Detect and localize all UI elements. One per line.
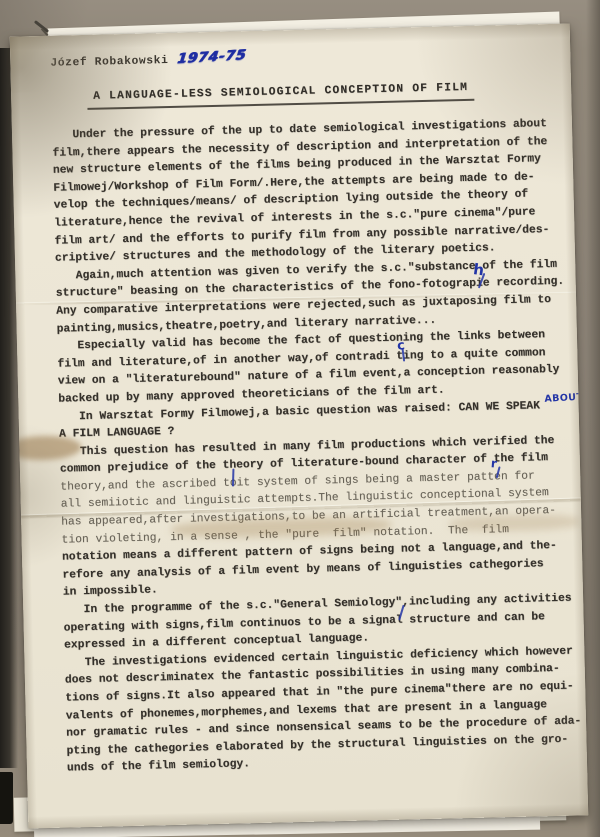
paragraph-light-strike: theory,and the ascribed toit system of s… [60,467,582,550]
handwritten-date: 1974-75 [177,47,248,67]
handwritten-insert-about: ABOUT [544,392,583,405]
paragraph: Again,much attention was given to verify… [55,256,577,339]
background-dark-object [0,772,13,824]
paragraph: Under the pressure of the up to date sem… [52,115,575,268]
paragraph: Especially valid has become the fact of … [57,327,579,410]
photo-background: Józef Robakowski1974-75 A LANGUAGE-LESS … [0,0,600,837]
author-name: Józef Robakowski [50,55,168,70]
document-body: Under the pressure of the up to date sem… [52,115,587,778]
handwritten-insert-r: r [490,456,497,470]
document-title: A LANGUAGE-LESS SEMIOLOGICAL CONCEPTION … [87,80,474,110]
document-page: Józef Robakowski1974-75 A LANGUAGE-LESS … [10,24,589,829]
paragraph: The investigations evidenced certain lin… [64,643,587,778]
title-row: A LANGUAGE-LESS SEMIOLOGICAL CONCEPTION … [93,74,571,109]
background-shadow-right [586,0,600,837]
staple-mark [34,20,49,33]
author-line: Józef Robakowski1974-75 [50,42,570,72]
